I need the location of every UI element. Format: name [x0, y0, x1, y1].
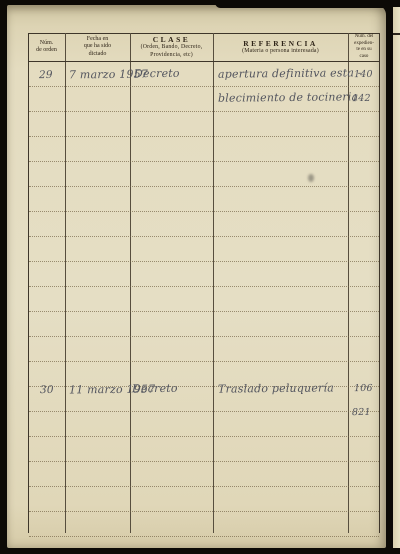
row-line: [29, 262, 379, 287]
header-text: Fecha en: [87, 36, 109, 44]
row-line: [29, 487, 379, 512]
entry-num: 30: [40, 384, 54, 396]
row-line: [29, 237, 379, 262]
header-text: que ha sido: [84, 43, 111, 51]
row-line: [29, 312, 379, 337]
header-expediente: Núm. del expedien- te en su caso: [348, 33, 380, 61]
scan-edge-left: [0, 0, 7, 554]
header-text: (Materia o persona interesada): [242, 48, 319, 55]
row-line: [29, 112, 379, 137]
header-referencia: REFERENCIA (Materia o persona interesada…: [213, 33, 348, 61]
header-fecha: Fecha en que ha sido dictado: [65, 33, 130, 61]
paper-smudge: [308, 174, 314, 182]
scanned-register-page: Núm. de orden Fecha en que ha sido dicta…: [0, 0, 400, 554]
header-text: REFERENCIA: [243, 39, 318, 48]
row-line: [29, 162, 379, 187]
page-curl-shadow: [215, 0, 400, 8]
entry-clase: Decreto: [132, 382, 178, 395]
entry-referencia-line: blecimiento de tocineria: [218, 90, 358, 104]
row-line: [29, 137, 379, 162]
header-text: de orden: [36, 47, 57, 55]
entry-expediente: 140: [354, 69, 373, 80]
header-text: Núm.: [40, 40, 54, 48]
header-text: caso: [360, 54, 369, 61]
row-line: [29, 512, 379, 537]
table-header-row: Núm. de orden Fecha en que ha sido dicta…: [28, 33, 380, 62]
entry-referencia-line: apertura definitiva esta -: [218, 66, 362, 81]
row-line: [29, 212, 379, 237]
margin-dash-mark: [393, 33, 400, 35]
header-text: (Orden, Bando, Decreto,: [141, 44, 203, 51]
row-line: [29, 337, 379, 362]
entry-num: 29: [39, 69, 53, 81]
ruled-row-lines: [29, 62, 379, 537]
row-line: [29, 462, 379, 487]
entry-expediente: 106: [354, 383, 373, 394]
scan-edge-bottom: [0, 548, 400, 554]
row-line: [29, 187, 379, 212]
entry-expediente: 142: [352, 93, 371, 104]
entry-referencia-line: Traslado peluquería: [218, 381, 334, 395]
entry-clase: Decreto: [134, 67, 180, 80]
adjacent-page-edge: [393, 7, 400, 548]
header-text: dictado: [89, 51, 107, 59]
row-line: [29, 287, 379, 312]
page-gutter-shadow: [386, 0, 393, 554]
header-num-orden: Núm. de orden: [28, 33, 65, 61]
row-line: [29, 412, 379, 437]
header-text: Providencia, etc): [150, 52, 193, 59]
row-line: [29, 437, 379, 462]
entry-expediente: 821: [352, 407, 371, 418]
header-clase: CLASE (Orden, Bando, Decreto, Providenci…: [130, 33, 213, 61]
register-table: Núm. de orden Fecha en que ha sido dicta…: [28, 33, 380, 533]
